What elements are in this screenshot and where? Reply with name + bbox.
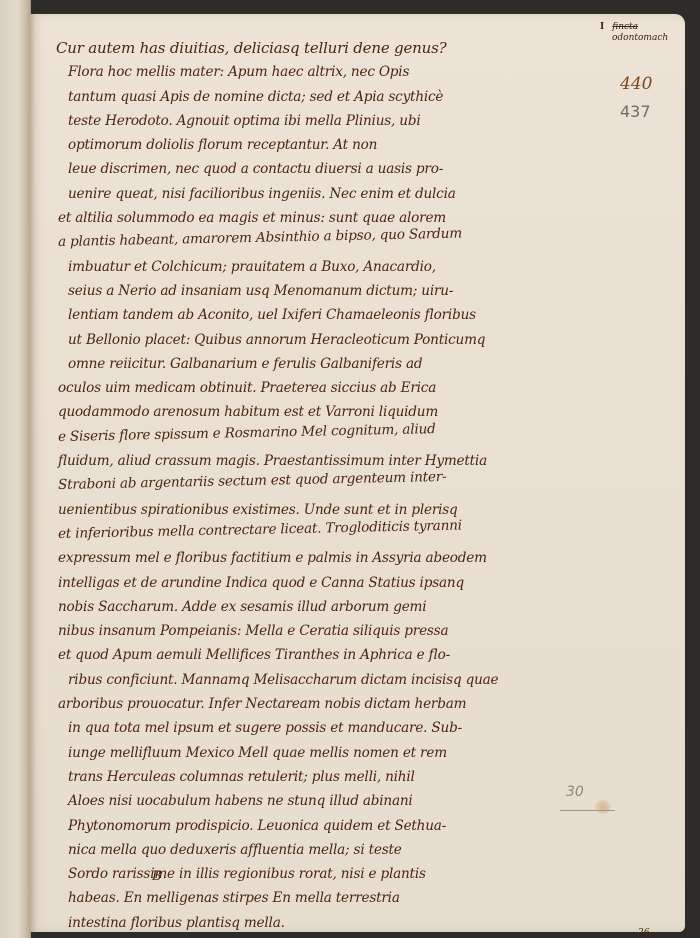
folio-number-pencil: 437: [620, 102, 651, 121]
text-line: nobis Saccharum. Adde ex sesamis illud a…: [58, 595, 528, 619]
top-right-marginal-note: Ifincta odontomach: [600, 22, 668, 44]
text-line: nica mella quo deduxeris affluentia mell…: [58, 838, 528, 862]
text-line: tantum quasi Apis de nomine dicta; sed e…: [58, 85, 528, 109]
text-line: arboribus prouocatur. Infer Nectaream no…: [58, 692, 528, 716]
text-line: expressum mel e floribus factitium e pal…: [58, 546, 528, 570]
text-line: Sordo rarissime in illis regionibus rora…: [58, 862, 528, 886]
text-line: Flora hoc mellis mater: Apum haec altrix…: [58, 60, 528, 84]
text-line: imbuatur et Colchicum; prauitatem a Buxo…: [58, 255, 528, 279]
text-line: Phytonomorum prodispicio. Leuonica quide…: [58, 814, 528, 838]
text-line: et quod Apum aemuli Mellifices Tiranthes…: [58, 643, 528, 667]
pencil-annotation: 30: [566, 784, 584, 800]
bottom-page-number: 26: [638, 928, 649, 938]
note-mark: I: [600, 22, 604, 32]
folio-number-ink: 440: [620, 74, 652, 94]
struck-word: fincta: [612, 22, 638, 32]
text-line: iunge mellifluum Mexico Mell quae mellis…: [58, 741, 528, 765]
text-line: lentiam tandem ab Aconito, uel Ixiferi C…: [58, 303, 528, 327]
text-line: in qua tota mel ipsum et sugere possis e…: [58, 716, 528, 740]
text-line: intestina floribus plantisq mella.: [58, 911, 528, 935]
text-line: Cur autem has diuitias, deliciasq tellur…: [56, 36, 528, 60]
text-line: leue discrimen, nec quod a contactu diue…: [58, 157, 528, 181]
paper-stain: [595, 800, 611, 814]
text-line: ut Bellonio placet: Quibus annorum Herac…: [58, 328, 528, 352]
correction-word: odontomach: [600, 33, 668, 44]
text-line: Aloes nisi uocabulum habens ne stunq ill…: [58, 789, 528, 813]
text-line: habeas. En melligenas stirpes En mella t…: [58, 886, 528, 910]
text-line: intelligas et de arundine Indica quod e …: [58, 571, 528, 595]
text-line: omne reiicitur. Galbanarium e ferulis Ga…: [58, 352, 528, 376]
text-line: oculos uim medicam obtinuit. Praeterea s…: [58, 376, 528, 400]
manuscript-page: Ifincta odontomach 440 437 Cur autem has…: [30, 14, 685, 932]
text-line: nibus insanum Pompeianis: Mella e Cerati…: [58, 619, 528, 643]
text-line: seius a Nerio ad insaniam usq Menomanum …: [58, 279, 528, 303]
catchword: B: [152, 869, 162, 884]
text-line: ribus conficiunt. Mannamq Melisaccharum …: [58, 668, 528, 692]
text-line: optimorum doliolis florum receptantur. A…: [58, 133, 528, 157]
text-line: trans Herculeas columnas retulerit; plus…: [58, 765, 528, 789]
spine-crease: [30, 14, 36, 932]
text-line: teste Herodoto. Agnouit optima ibi mella…: [58, 109, 528, 133]
manuscript-text: Cur autem has diuitias, deliciasq tellur…: [58, 36, 528, 935]
text-line: uenire queat, nisi facilioribus ingeniis…: [58, 182, 528, 206]
facing-page-edge: [0, 0, 31, 938]
